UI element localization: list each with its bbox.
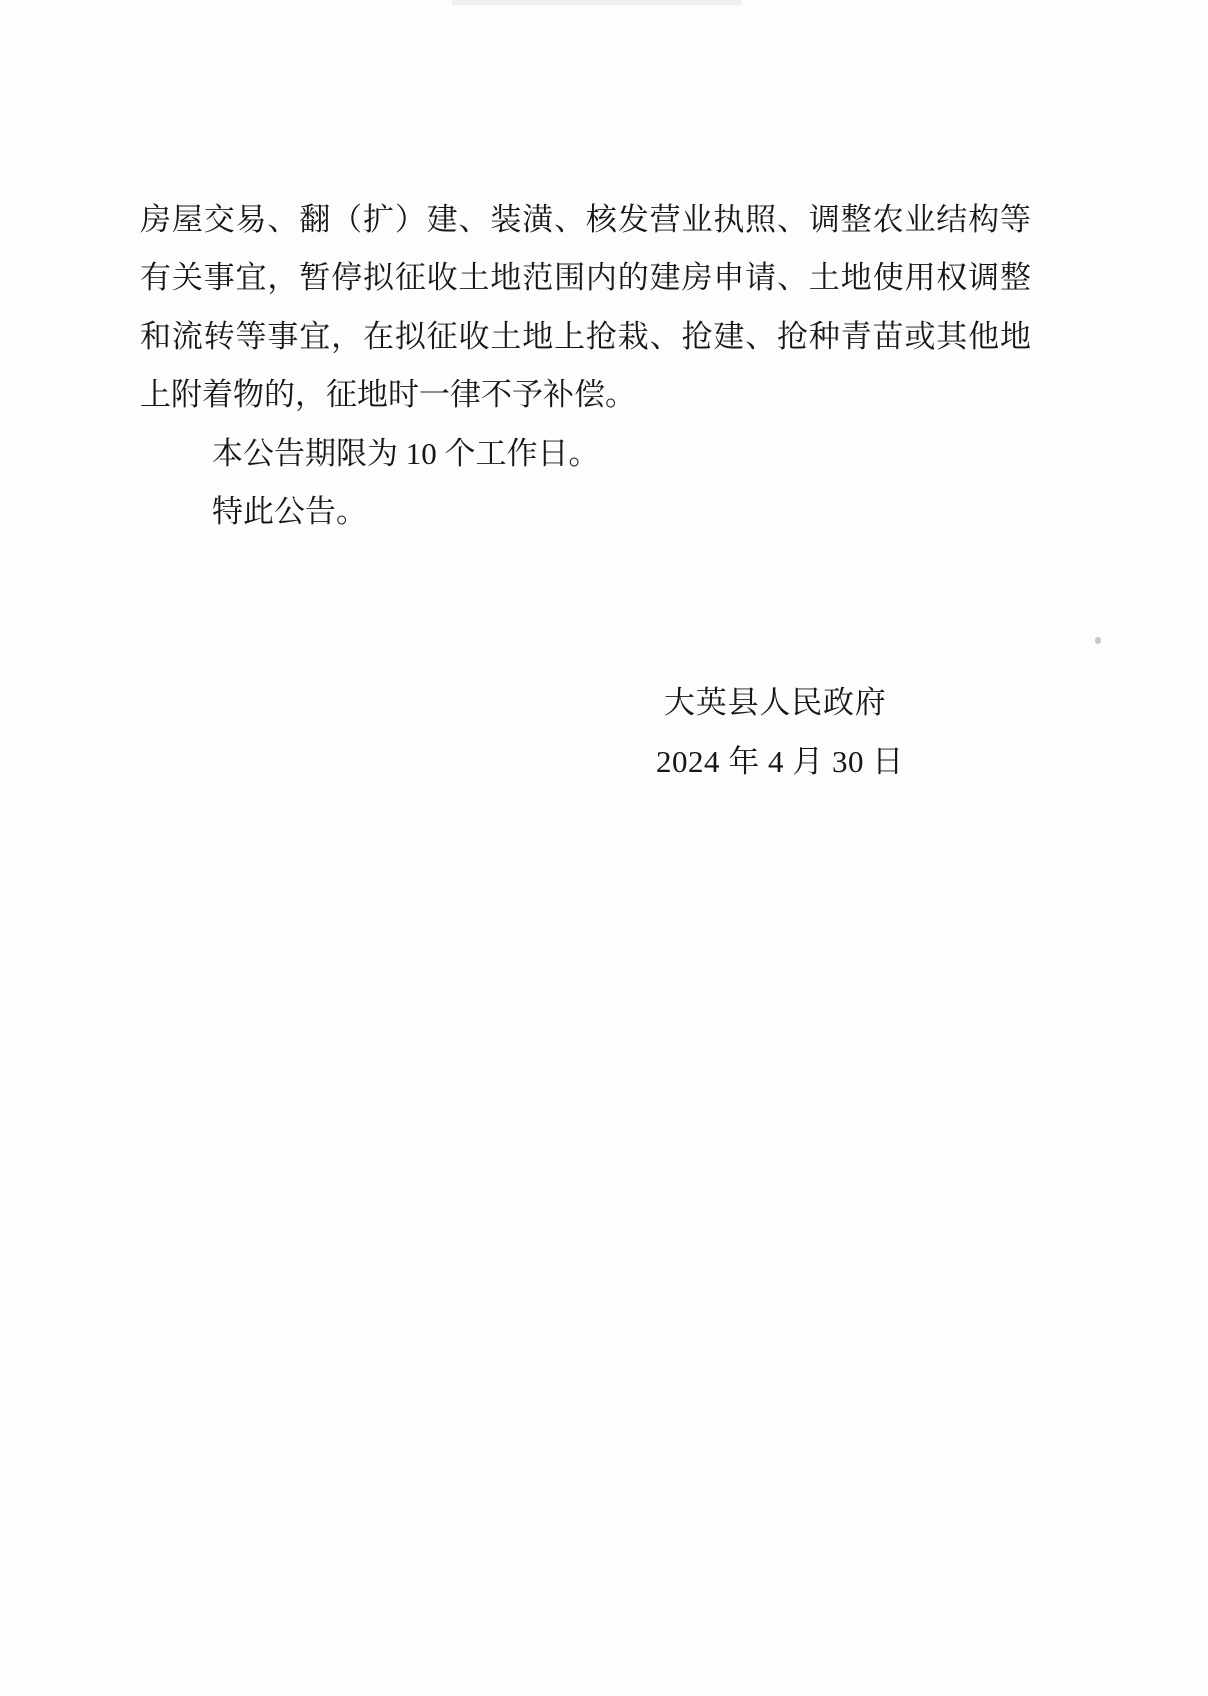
issuer-signature: 大英县人民政府 [664,684,887,722]
scan-edge-smudge [452,0,742,5]
closing-line: 特此公告。 [140,483,1031,541]
body-line-2: 有关事宜，暂停拟征收土地范围内的建房申请、土地使用权调整 [140,249,1031,307]
notice-period-line: 本公告期限为 10 个工作日。 [140,425,1031,483]
issue-date: 2024 年 4 月 30 日 [656,743,904,781]
scan-speck [1095,637,1101,644]
body-line-1: 房屋交易、翻（扩）建、装潢、核发营业执照、调整农业结构等 [140,191,1031,249]
scanned-document-page: 房屋交易、翻（扩）建、装潢、核发营业执照、调整农业结构等 有关事宜，暂停拟征收土… [0,0,1208,1696]
body-line-4: 上附着物的，征地时一律不予补偿。 [140,366,1031,424]
body-line-3: 和流转等事宜，在拟征收土地上抢栽、抢建、抢种青苗或其他地 [140,308,1031,366]
announcement-body: 房屋交易、翻（扩）建、装潢、核发营业执照、调整农业结构等 有关事宜，暂停拟征收土… [140,191,1031,541]
